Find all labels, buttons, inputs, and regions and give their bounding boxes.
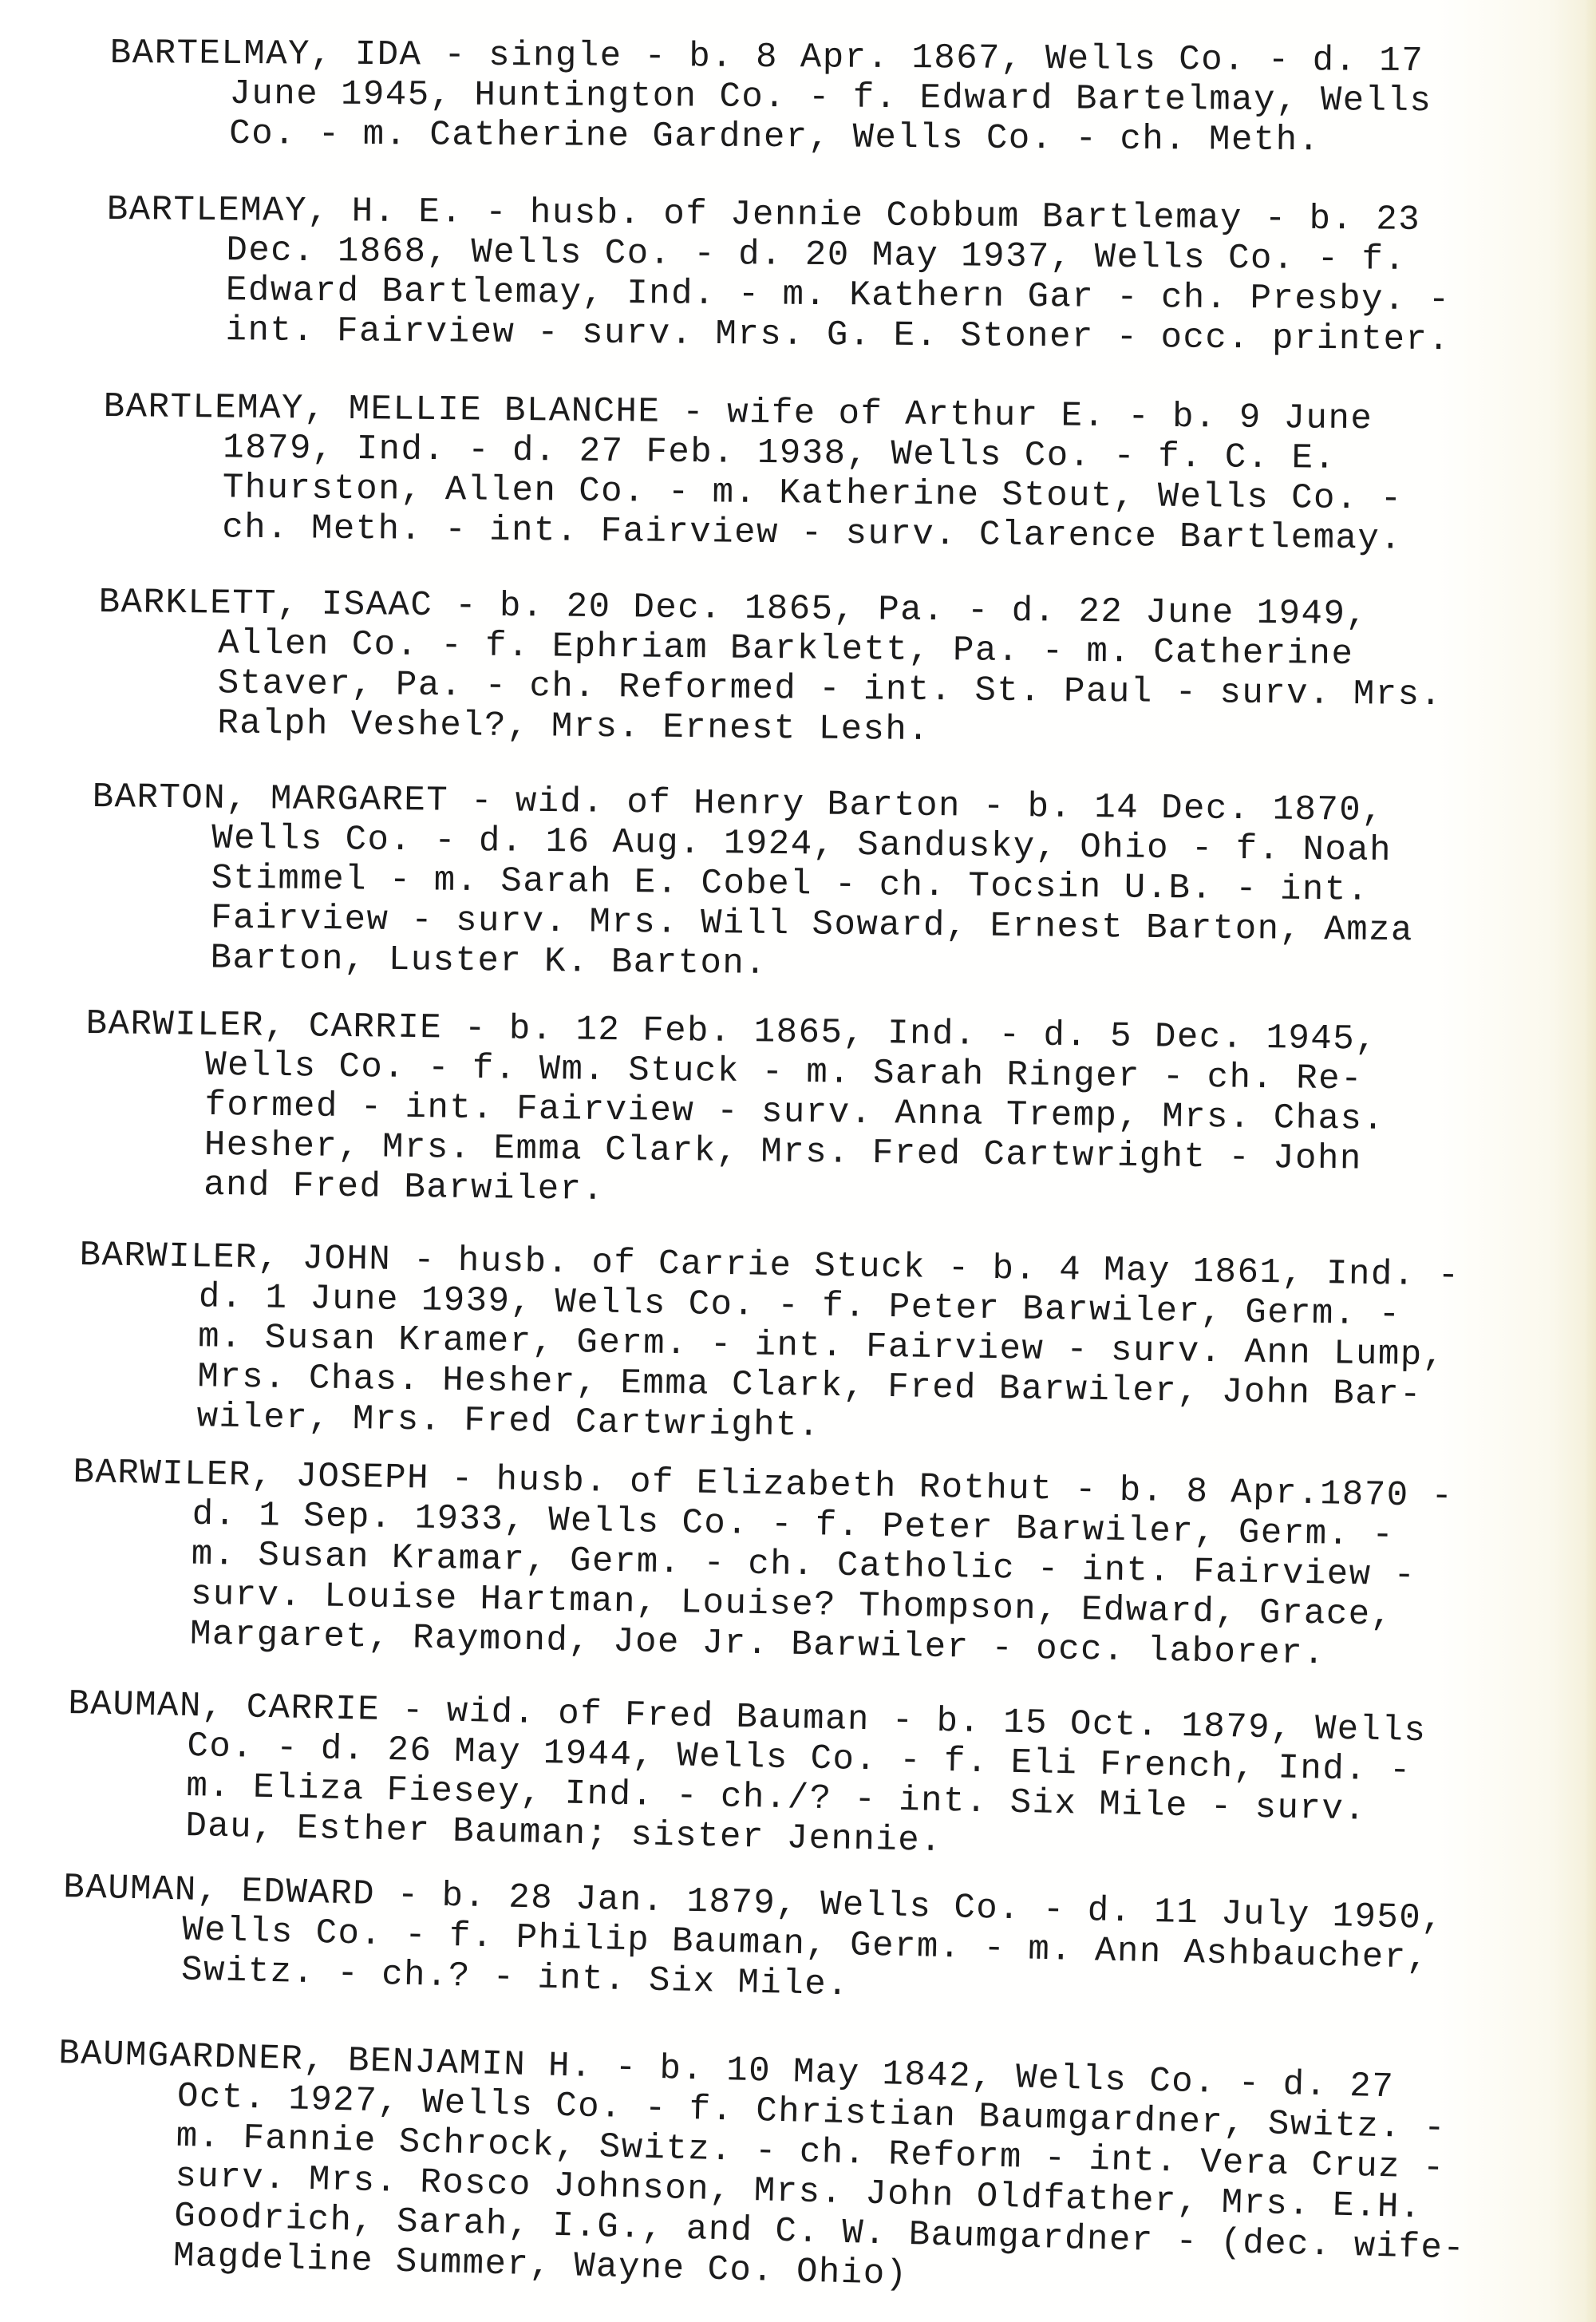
- entry-bauman-edward: BAUMAN, EDWARD - b. 28 Jan. 1879, Wells …: [61, 1868, 1444, 2019]
- entry-barton-margaret: BARTON, MARGARET - wid. of Henry Barton …: [90, 777, 1414, 991]
- entry-bartlemay-he: BARTLEMAY, H. E. - husb. of Jennie Cobbu…: [105, 190, 1451, 360]
- entry-barwiler-john: BARWILER, JOHN - husb. of Carrie Stuck -…: [77, 1236, 1460, 1456]
- entry-bauman-carrie: BAUMAN, CARRIE - wid. of Fred Bauman - b…: [65, 1684, 1427, 1871]
- entry-bartelmay-ida: BARTELMAY, IDA - single - b. 8 Apr. 1867…: [109, 34, 1432, 161]
- entry-barwiler-joseph: BARWILER, JOSEPH - husb. of Elizabeth Ro…: [70, 1453, 1454, 1676]
- entry-barklett-isaac: BARKLETT, ISAAC - b. 20 Dec. 1865, Pa. -…: [97, 583, 1444, 755]
- page-edge-shadow: [1585, 0, 1596, 2322]
- entry-baumgardner-benjamin-h: BAUMGARDNER, BENJAMIN H. - b. 10 May 184…: [53, 2034, 1469, 2309]
- scanned-page: BARTELMAY, IDA - single - b. 8 Apr. 1867…: [0, 0, 1596, 2322]
- entry-bartlemay-mellie-blanche: BARTLEMAY, MELLIE BLANCHE - wife of Arth…: [102, 387, 1404, 560]
- entry-barwiler-carrie: BARWILER, CARRIE - b. 12 Feb. 1865, Ind.…: [84, 1004, 1386, 1220]
- entry-line: Co. - m. Catherine Gardner, Wells Co. - …: [109, 113, 1432, 161]
